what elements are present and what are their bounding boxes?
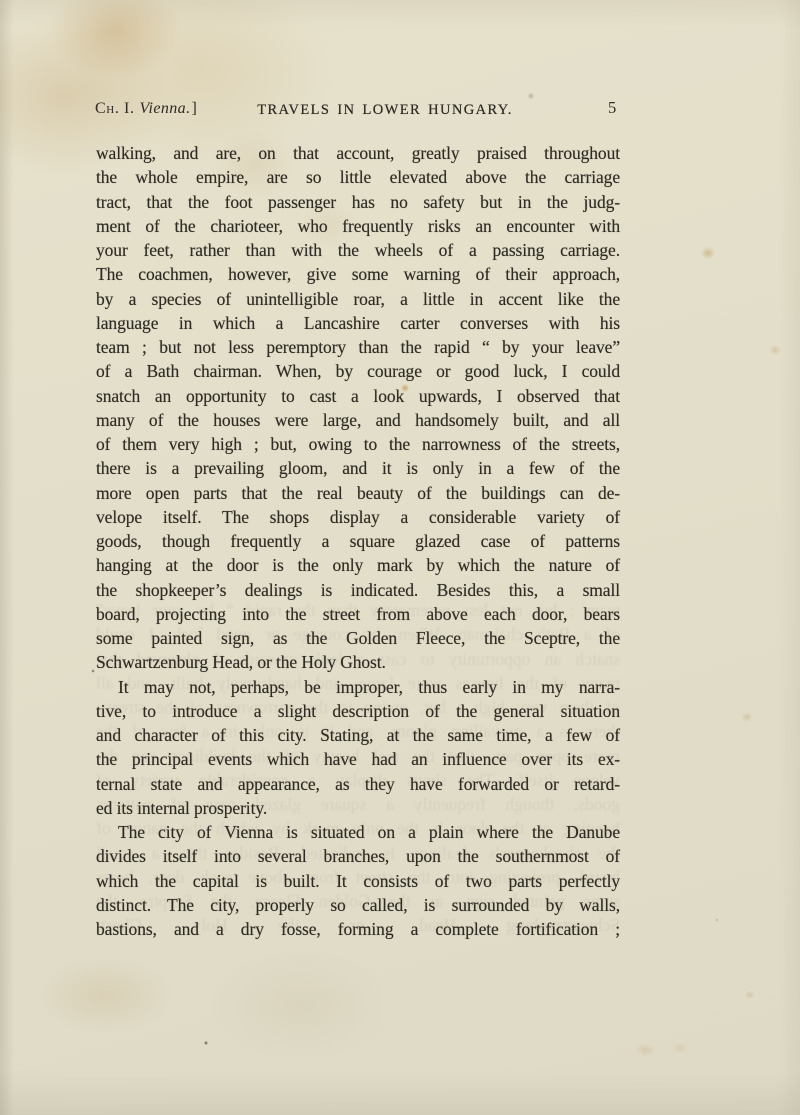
text-line: The coachmen, however, give some warning… [96, 262, 620, 286]
text-line: many of the houses were large, and hands… [96, 408, 620, 432]
text-line: some painted sign, as the Golden Fleece,… [96, 626, 620, 650]
text-line: snatch an opportunity to cast a look upw… [96, 384, 620, 408]
text-line: bastions, and a dry fosse, forming a com… [96, 917, 620, 941]
text-line: of a Bath chairman. When, by courage or … [96, 359, 620, 383]
text-line: your feet, rather than with the wheels o… [96, 238, 620, 262]
text-line: goods, though frequently a square glazed… [96, 529, 620, 553]
text-line: team ; but not less peremptory than the … [96, 335, 620, 359]
book-page: Ch. I.Vienna.] TRAVELS IN LOWER HUNGARY.… [0, 0, 800, 1115]
text-line: It may not, perhaps, be improper, thus e… [96, 675, 620, 699]
running-title: TRAVELS IN LOWER HUNGARY. [0, 102, 770, 119]
text-line: tract, that the foot passenger has no sa… [96, 190, 620, 214]
text-line: tive, to introduce a slight description … [96, 699, 620, 723]
text-line: ed its internal prosperity. [96, 796, 620, 820]
text-line: the principal events which have had an i… [96, 747, 620, 771]
text-line: language in which a Lancashire carter co… [96, 311, 620, 335]
text-line: and character of this city. Stating, at … [96, 723, 620, 747]
text-line: Schwartzenburg Head, or the Holy Ghost. [96, 650, 620, 674]
text-line: there is a prevailing gloom, and it is o… [96, 456, 620, 480]
text-line: by a species of unintelligible roar, a l… [96, 287, 620, 311]
text-line: The city of Vienna is situated on a plai… [96, 820, 620, 844]
text-line: velope itself. The shops display a consi… [96, 505, 620, 529]
text-line: ternal state and appearance, as they hav… [96, 772, 620, 796]
text-line: of them very high ; but, owing to the na… [96, 432, 620, 456]
text-line: board, projecting into the street from a… [96, 602, 620, 626]
page-number: 5 [608, 98, 616, 118]
text-line: the whole empire, are so little elevated… [96, 165, 620, 189]
text-line: ment of the charioteer, who frequently r… [96, 214, 620, 238]
text-line: which the capital is built. It consists … [96, 869, 620, 893]
text-line: the shopkeeper’s dealings is indicated. … [96, 578, 620, 602]
text-line: distinct. The city, properly so called, … [96, 893, 620, 917]
page-body: walking, and are, on that account, great… [96, 141, 620, 941]
text-line: hanging at the door is the only mark by … [96, 553, 620, 577]
text-line: more open parts that the real beauty of … [96, 481, 620, 505]
text-line: divides itself into several branches, up… [96, 844, 620, 868]
text-line: walking, and are, on that account, great… [96, 141, 620, 165]
